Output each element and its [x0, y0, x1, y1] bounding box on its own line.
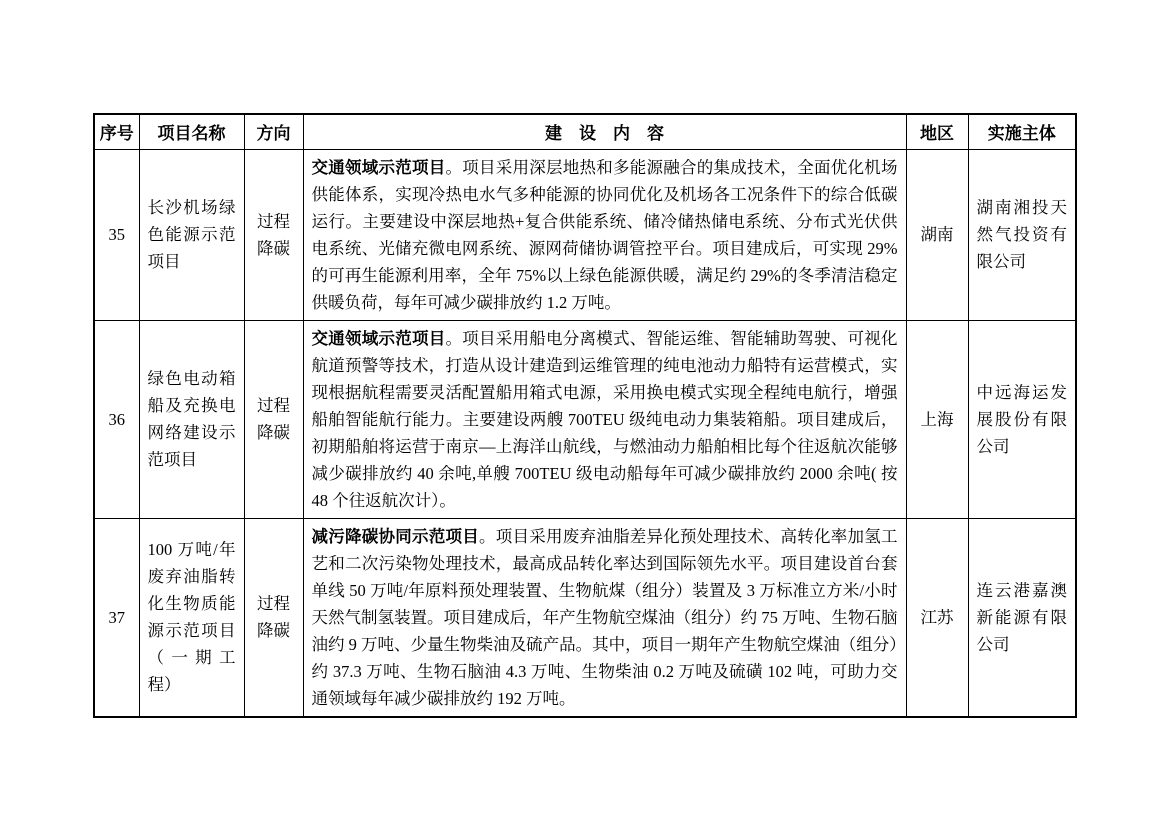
header-seq: 序号 [94, 114, 139, 149]
content-body: 。项目采用深层地热和多能源融合的集成技术，全面优化机场供能体系，实现冷热电水气多… [312, 158, 898, 312]
entity-cell: 湖南湘投天然气投资有限公司 [968, 149, 1076, 320]
seq-cell: 37 [94, 518, 139, 717]
content-cell: 减污降碳协同示范项目。项目采用废弃油脂差异化预处理技术、高转化率加氢工艺和二次污… [303, 518, 906, 717]
table-header-row: 序号 项目名称 方向 建 设 内 容 地区 实施主体 [94, 114, 1076, 149]
seq-cell: 35 [94, 149, 139, 320]
projects-table: 序号 项目名称 方向 建 设 内 容 地区 实施主体 35 长沙机场绿色能源示范… [93, 113, 1077, 718]
header-region: 地区 [906, 114, 968, 149]
content-cell: 交通领域示范项目。项目采用船电分离模式、智能运维、智能辅助驾驶、可视化航道预警等… [303, 320, 906, 518]
region-cell: 湖南 [906, 149, 968, 320]
seq-cell: 36 [94, 320, 139, 518]
header-entity: 实施主体 [968, 114, 1076, 149]
region-cell: 江苏 [906, 518, 968, 717]
region-cell: 上海 [906, 320, 968, 518]
table-row: 35 长沙机场绿色能源示范项目 过程降碳 交通领域示范项目。项目采用深层地热和多… [94, 149, 1076, 320]
project-name-cell: 长沙机场绿色能源示范项目 [139, 149, 244, 320]
header-direction: 方向 [244, 114, 303, 149]
content-lead: 交通领域示范项目 [312, 158, 446, 177]
project-name-cell: 100 万吨/年废弃油脂转化生物质能源示范项目（一期工程） [139, 518, 244, 717]
direction-cell: 过程降碳 [244, 518, 303, 717]
header-project-name: 项目名称 [139, 114, 244, 149]
content-lead: 交通领域示范项目 [312, 329, 446, 348]
entity-cell: 中远海运发展股份有限公司 [968, 320, 1076, 518]
content-cell: 交通领域示范项目。项目采用深层地热和多能源融合的集成技术，全面优化机场供能体系，… [303, 149, 906, 320]
content-lead: 减污降碳协同示范项目 [312, 527, 480, 546]
project-name-cell: 绿色电动箱船及充换电网络建设示范项目 [139, 320, 244, 518]
entity-cell: 连云港嘉澳新能源有限公司 [968, 518, 1076, 717]
direction-cell: 过程降碳 [244, 320, 303, 518]
content-body: 。项目采用废弃油脂差异化预处理技术、高转化率加氢工艺和二次污染物处理技术，最高成… [312, 527, 898, 708]
table-row: 37 100 万吨/年废弃油脂转化生物质能源示范项目（一期工程） 过程降碳 减污… [94, 518, 1076, 717]
document-page: 序号 项目名称 方向 建 设 内 容 地区 实施主体 35 长沙机场绿色能源示范… [0, 0, 1169, 827]
direction-cell: 过程降碳 [244, 149, 303, 320]
table-row: 36 绿色电动箱船及充换电网络建设示范项目 过程降碳 交通领域示范项目。项目采用… [94, 320, 1076, 518]
header-content: 建 设 内 容 [303, 114, 906, 149]
content-body: 。项目采用船电分离模式、智能运维、智能辅助驾驶、可视化航道预警等技术，打造从设计… [312, 329, 898, 510]
